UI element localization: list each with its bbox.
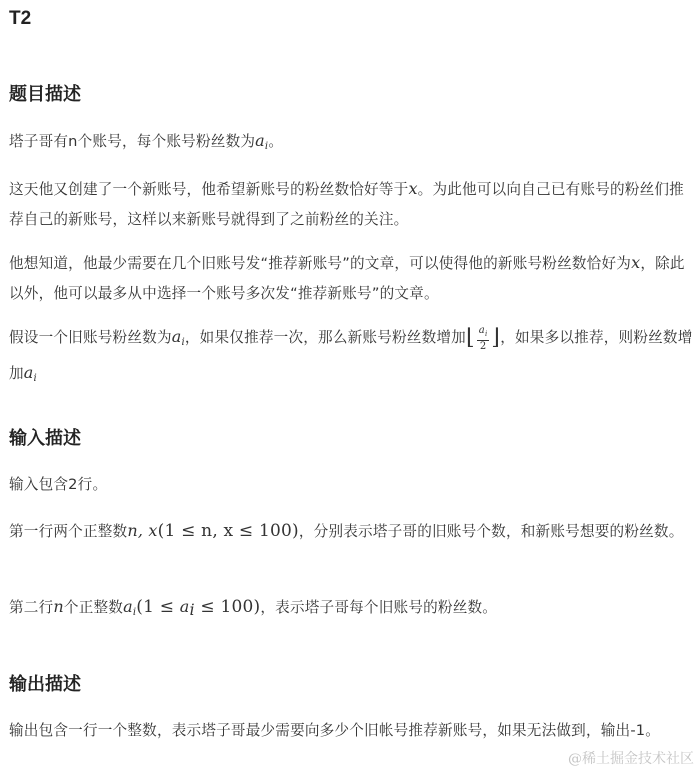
text: ，表示塔子哥每个旧账号的粉丝数。 — [260, 599, 497, 616]
text: 个正整数 — [64, 599, 123, 616]
text: 第一行两个正整数 — [9, 523, 127, 540]
math-constraint: (1 ≤ n, x ≤ 100) — [158, 521, 299, 541]
text: 第二行 — [9, 599, 53, 616]
floor-left-bracket: ⌊ — [466, 325, 475, 350]
math-x: x — [631, 253, 640, 272]
description-paragraph-4: 假设一个旧账号粉丝数为ai，如果仅推荐一次，那么新账号粉丝数增加⌊ai2⌋，如果… — [9, 322, 695, 394]
output-heading: 输出描述 — [9, 670, 81, 696]
problem-page: T2 题目描述 塔子哥有n个账号，每个账号粉丝数为ai。 这天他又创建了一个新账… — [0, 0, 700, 775]
description-paragraph-2: 这天他又创建了一个新账号，他希望新账号的粉丝数恰好等于x。为此他可以向自己已有账… — [9, 174, 695, 235]
text: ，如果仅推荐一次，那么新账号粉丝数增加 — [185, 329, 466, 346]
input-paragraph-3: 第二行n个正整数ai(1 ≤ ai ≤ 100)，表示塔子哥每个旧账号的粉丝数。 — [9, 592, 695, 628]
description-paragraph-1: 塔子哥有n个账号，每个账号粉丝数为ai。 — [9, 126, 695, 162]
math-a-i: ai — [255, 131, 268, 150]
text: 假设一个旧账号粉丝数为 — [9, 329, 172, 346]
watermark: @稀土掘金技术社区 — [568, 748, 694, 768]
text: 塔子哥有n个账号，每个账号粉丝数为 — [9, 133, 255, 150]
math-constraint: (1 ≤ ai ≤ 100) — [136, 597, 260, 617]
math-n-x: n, x — [127, 521, 157, 540]
fraction-a-i-over-2: ai2 — [477, 325, 490, 352]
problem-title: T2 — [9, 8, 31, 30]
description-heading: 题目描述 — [9, 80, 81, 106]
input-paragraph-2: 第一行两个正整数n, x(1 ≤ n, x ≤ 100)，分别表示塔子哥的旧账号… — [9, 516, 695, 547]
math-a-i: ai — [24, 363, 37, 382]
input-paragraph-1: 输入包含2行。 — [9, 470, 695, 500]
text: 他想知道，他最少需要在几个旧账号发“推荐新账号”的文章，可以使得他的新账号粉丝数… — [9, 255, 631, 272]
text: 这天他又创建了一个新账号，他希望新账号的粉丝数恰好等于 — [9, 181, 408, 198]
math-x: x — [408, 179, 417, 198]
text: ，分别表示塔子哥的旧账号个数，和新账号想要的粉丝数。 — [299, 523, 684, 540]
description-paragraph-3: 他想知道，他最少需要在几个旧账号发“推荐新账号”的文章，可以使得他的新账号粉丝数… — [9, 248, 695, 309]
math-n: n — [53, 597, 64, 616]
math-a-i: ai — [172, 327, 185, 346]
floor-right-bracket: ⌋ — [491, 325, 500, 350]
text: 。 — [268, 133, 283, 150]
input-heading: 输入描述 — [9, 424, 81, 450]
math-a-i: ai — [123, 597, 136, 616]
output-paragraph-1: 输出包含一行一个整数，表示塔子哥最少需要向多少个旧帐号推荐新账号，如果无法做到，… — [9, 716, 695, 746]
